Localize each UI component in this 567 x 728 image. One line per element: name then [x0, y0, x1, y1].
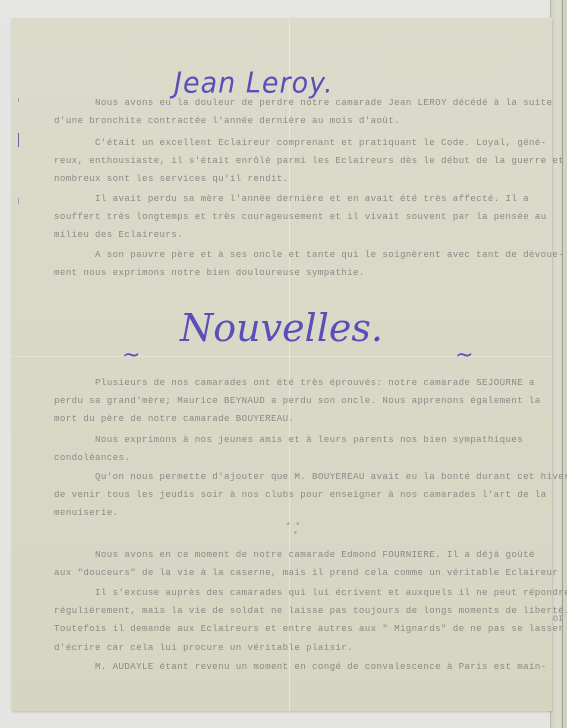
line: Plusieurs de nos camarades ont été très …	[54, 377, 535, 388]
line: nombreux sont les services qu'il rendit.	[54, 173, 289, 184]
paragraph-fourniere: Nous avons en ce moment de notre camarad…	[54, 546, 534, 582]
line: Nous avons en ce moment de notre camarad…	[54, 549, 535, 560]
scan-backdrop	[0, 0, 567, 18]
paragraph-excuse: Il s'excuse auprès des camarades qui lui…	[54, 584, 534, 657]
line: souffert très longtemps et très courageu…	[54, 211, 547, 222]
heading-nouvelles: Nouvelles.	[180, 306, 383, 350]
document-page: Jean Leroy. Nous avons eu la douleur de …	[12, 18, 552, 711]
line: Il avait perdu sa mère l'année dernière …	[54, 193, 529, 204]
line: perdu sa grand'mère; Maurice BEYNAUD a p…	[54, 395, 541, 406]
line: milieu des Eclaireurs.	[54, 229, 183, 240]
line: menuiserie.	[54, 507, 119, 518]
separator-asterisks: * * *	[283, 522, 303, 540]
paragraph-menuiserie: Qu'on nous permette d'ajouter que M. BOU…	[54, 468, 534, 523]
line: Il s'excuse auprès des camarades qui lui…	[54, 587, 567, 598]
line: Nous exprimons à nos jeunes amis et à le…	[54, 434, 523, 445]
line: condoléances.	[54, 452, 130, 463]
line: Nous avons eu la douleur de perdre notre…	[54, 97, 552, 108]
line: régulièrement, mais la vie de soldat ne …	[54, 605, 567, 616]
paragraph-deces: Nous avons eu la douleur de perdre notre…	[54, 94, 534, 130]
paragraph-sympathie: A son pauvre père et à ses oncle et tant…	[54, 246, 534, 282]
line: de venir tous les jeudis soir à nos club…	[54, 489, 547, 500]
paragraph-mere: Il avait perdu sa mère l'année dernière …	[54, 190, 534, 245]
line: M. AUDAYLE étant revenu un moment en con…	[54, 661, 547, 672]
line: ment nous exprimons notre bien douloureu…	[54, 267, 365, 278]
line: Qu'on nous permette d'ajouter que M. BOU…	[54, 471, 567, 482]
paragraph-condoleances: Nous exprimons à nos jeunes amis et à le…	[54, 431, 534, 467]
paragraph-audayle: M. AUDAYLE étant revenu un moment en con…	[54, 658, 534, 676]
margin-ink-marks	[18, 98, 22, 218]
line: d'écrire car cela lui procure un véritab…	[54, 642, 353, 653]
line: A son pauvre père et à ses oncle et tant…	[54, 249, 564, 260]
ornament-tilde-left: ~	[122, 343, 140, 368]
line: reux, enthousiaste, il s'était enrôlé pa…	[54, 155, 564, 166]
paragraph-eclaireur: C'était un excellent Eclaireur comprenan…	[54, 134, 534, 189]
line: Toutefois il demande aux Eclaireurs et e…	[54, 623, 564, 634]
line: d'une bronchite contractée l'année derni…	[54, 115, 400, 126]
ornament-tilde-right: ~	[455, 343, 473, 368]
line: C'était un excellent Eclaireur comprenan…	[54, 137, 547, 148]
line: mort du père de notre camarade BOUYEREAU…	[54, 413, 294, 424]
line: aux "douceurs" de la vie à la caserne, m…	[54, 567, 558, 578]
paragraph-eprouves: Plusieurs de nos camarades ont été très …	[54, 374, 534, 429]
